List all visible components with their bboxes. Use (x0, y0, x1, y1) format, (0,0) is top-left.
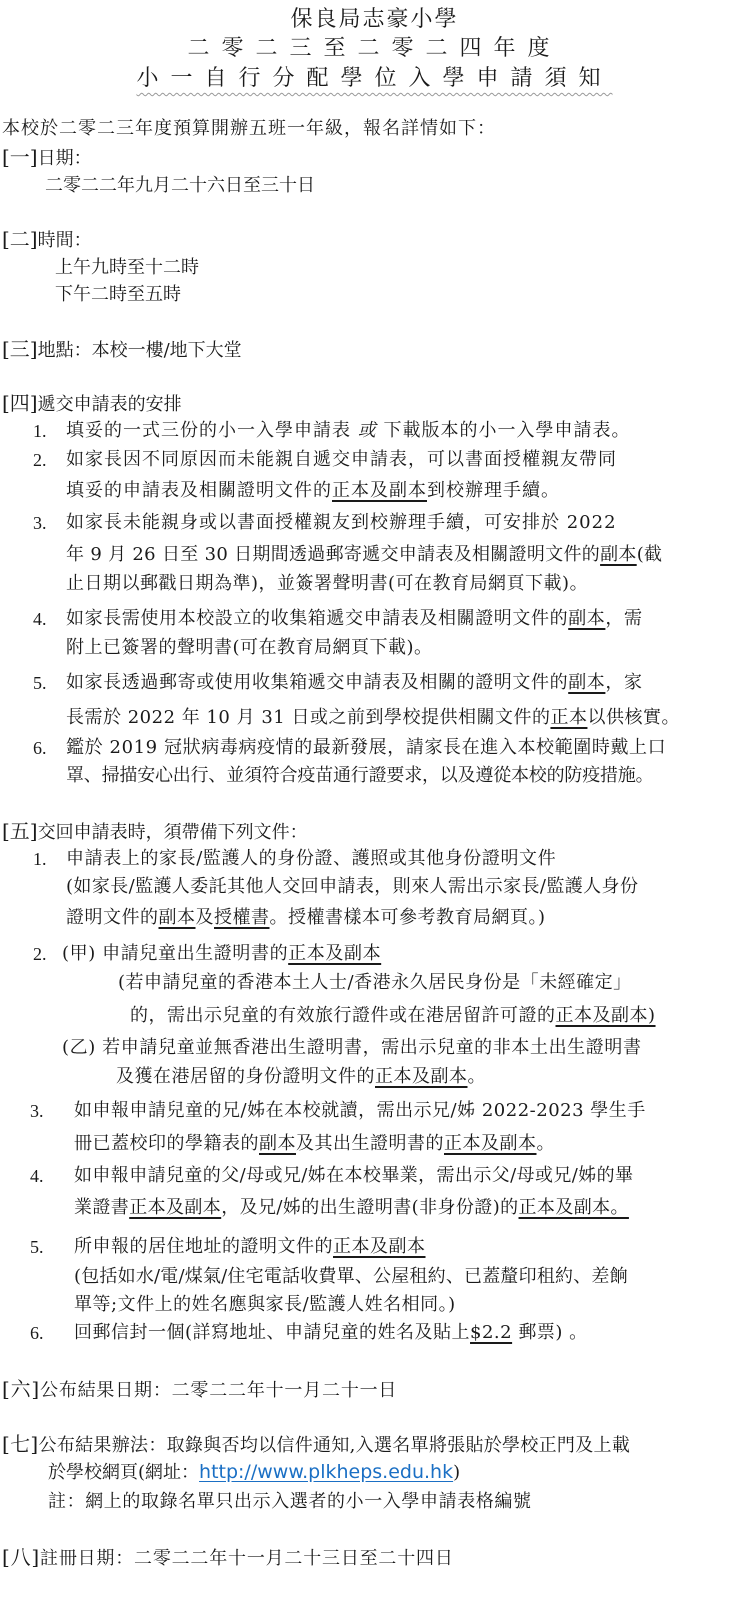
list-number: 6. (30, 1322, 44, 1344)
section-marker: [八] (2, 1545, 40, 1569)
list-number: 4. (30, 1165, 44, 1187)
section-marker: [二] (2, 227, 38, 251)
section-heading-text: 註冊日期：二零二二年十一月二十三日至二十四日 (40, 1548, 454, 1569)
list-item-continued: 業證書正本及副本，及兄/姊的出生證明書(非身份證)的正本及副本。 (74, 1197, 629, 1219)
list-item-continued: (如家長/監護人委託其他人交回申請表，則來人需出示家長/監護人身份 (66, 876, 638, 898)
list-item: 如申報申請兒童的父/母或兄/姊在本校畢業，需出示父/母或兄/姊的畢 (74, 1165, 633, 1187)
section-heading-text: 交回申請表時，須帶備下列文件： (38, 822, 308, 843)
list-item: 如家長需使用本校設立的收集箱遞交申請表及相關證明文件的副本，需 (66, 608, 643, 630)
list-item: 回郵信封一個(詳寫地址、申請兒童的姓名及貼上$2.2 郵票) 。 (74, 1322, 588, 1344)
list-item-continued: 單等;文件上的姓名應與家長/監護人姓名相同。) (74, 1294, 456, 1316)
list-item-continued: 長需於 2022 年 10 月 31 日或之前到學校提供相關文件的正本以供核實。 (66, 707, 680, 729)
section-marker: [五] (2, 819, 38, 843)
section-1-heading: [一]日期： (2, 146, 92, 170)
section-3-heading: [三]地點：本校一樓/地下大堂 (2, 338, 242, 362)
section-heading-text: 遞交申請表的安排 (38, 394, 182, 415)
section-7-website-line: 於學校網頁(網址：http://www.plkheps.edu.hk) (48, 1461, 460, 1484)
document-title: 小一自行分配學位入學申請須知 (0, 61, 749, 92)
section-marker: [四] (2, 391, 38, 415)
section-7-note: 註：網上的取錄名單只出示入選者的小一入學申請表格編號 (48, 1491, 532, 1513)
list-item-continued: 冊已蓋校印的學籍表的副本及其出生證明書的正本及副本。 (74, 1133, 555, 1155)
list-number: 5. (30, 1236, 44, 1258)
section-heading-text: 公布結果日期：二零二二年十一月二十一日 (40, 1380, 397, 1401)
section-marker: [六] (2, 1377, 40, 1401)
section-heading-text: 地點：本校一樓/地下大堂 (38, 340, 242, 361)
list-item: (甲) 申請兒童出生證明書的正本及副本 (62, 943, 381, 965)
list-item: 申請表上的家長/監護人的身份證、護照或其他身份證明文件 (66, 848, 556, 870)
list-number: 2. (33, 943, 47, 965)
section-heading-text: 日期： (38, 148, 92, 169)
school-year: 二零二三至二零二四年度 (0, 31, 749, 62)
list-item-continued: 附上已簽署的聲明書(可在教育局網頁下載)。 (66, 637, 433, 659)
list-number: 2. (33, 449, 47, 471)
list-item-continued: 止日期以郵戳日期為準)，並簽署聲明書(可在教育局網頁下載)。 (66, 573, 588, 595)
section-2-heading: [二]時間： (2, 228, 92, 252)
section-heading-text: 時間： (38, 230, 92, 251)
section-5-heading: [五]交回申請表時，須帶備下列文件： (2, 820, 308, 844)
list-item: 鑑於 2019 冠狀病毒病疫情的最新發展，請家長在進入本校範圍時戴上口 (66, 737, 666, 759)
section-6-heading: [六]公布結果日期：二零二二年十一月二十一日 (2, 1378, 397, 1402)
list-item-subitem: (乙) 若申請兒童並無香港出生證明書，需出示兒童的非本土出生證明書 (62, 1037, 642, 1059)
list-item: 如家長因不同原因而未能親自遞交申請表，可以書面授權親友帶同 (66, 449, 617, 471)
intro-text: 本校於二零二三年度預算開辦五班一年級，報名詳情如下： (2, 118, 496, 140)
section-heading-text: 公布結果辦法：取錄與否均以信件通知,入選名單將張貼於學校正門及上載 (39, 1435, 631, 1456)
list-number: 5. (33, 672, 47, 694)
list-number: 3. (33, 512, 47, 534)
list-item-continued: 填妥的申請表及相關證明文件的正本及副本到校辦理手續。 (66, 480, 560, 502)
list-item-continued: (包括如水/電/煤氣/住宅電話收費單、公屋租約、已蓋釐印租約、差餉 (74, 1266, 628, 1288)
list-item-continued: 年 9 月 26 日至 30 日期間透過郵寄遞交申請表及相關證明文件的副本(截 (66, 544, 662, 566)
list-item: 如家長未能親身或以書面授權親友到校辦理手續，可安排於 2022 (66, 512, 617, 534)
list-item: 填妥的一式三份的小一入學申請表 或 下載版本的小一入學申請表。 (66, 420, 630, 442)
list-item-continued: 及獲在港居留的身份證明文件的正本及副本。 (116, 1066, 486, 1088)
section-1-date: 二零二二年九月二十六日至三十日 (45, 175, 315, 197)
list-item: 所申報的居住地址的證明文件的正本及副本 (74, 1236, 426, 1258)
list-number: 1. (33, 848, 47, 870)
list-item: 如申報申請兒童的兄/姊在本校就讀，需出示兄/姊 2022-2023 學生手 (74, 1100, 646, 1122)
list-number: 4. (33, 608, 47, 630)
section-7-heading: [七]公布結果辦法：取錄與否均以信件通知,入選名單將張貼於學校正門及上載 (2, 1433, 630, 1457)
section-2-time-pm: 下午二時至五時 (55, 284, 181, 306)
list-item-continued: (若申請兒童的香港本土人士/香港永久居民身份是「未經確定」 (118, 972, 632, 994)
section-marker: [三] (2, 337, 38, 361)
list-item-continued: 的，需出示兒童的有效旅行證件或在港居留許可證的正本及副本) (130, 1005, 656, 1027)
list-item-continued: 證明文件的副本及授權書。授權書樣本可參考教育局網頁。) (66, 907, 546, 929)
list-number: 3. (30, 1100, 44, 1122)
section-2-time-am: 上午九時至十二時 (55, 257, 199, 279)
list-number: 6. (33, 737, 47, 759)
list-item: 如家長透過郵寄或使用收集箱遞交申請表及相關的證明文件的副本，家 (66, 672, 643, 694)
list-item-continued: 罩、掃描安心出行、並須符合疫苗通行證要求，以及遵從本校的防疫措施。 (66, 765, 653, 787)
school-website-link[interactable]: http://www.plkheps.edu.hk (199, 1461, 453, 1483)
school-name: 保良局志豪小學 (0, 2, 749, 33)
section-marker: [七] (2, 1432, 39, 1456)
section-8-heading: [八]註冊日期：二零二二年十一月二十三日至二十四日 (2, 1546, 454, 1570)
list-number: 1. (33, 420, 47, 442)
section-marker: [一] (2, 145, 38, 169)
section-4-heading: [四]遞交申請表的安排 (2, 392, 182, 416)
